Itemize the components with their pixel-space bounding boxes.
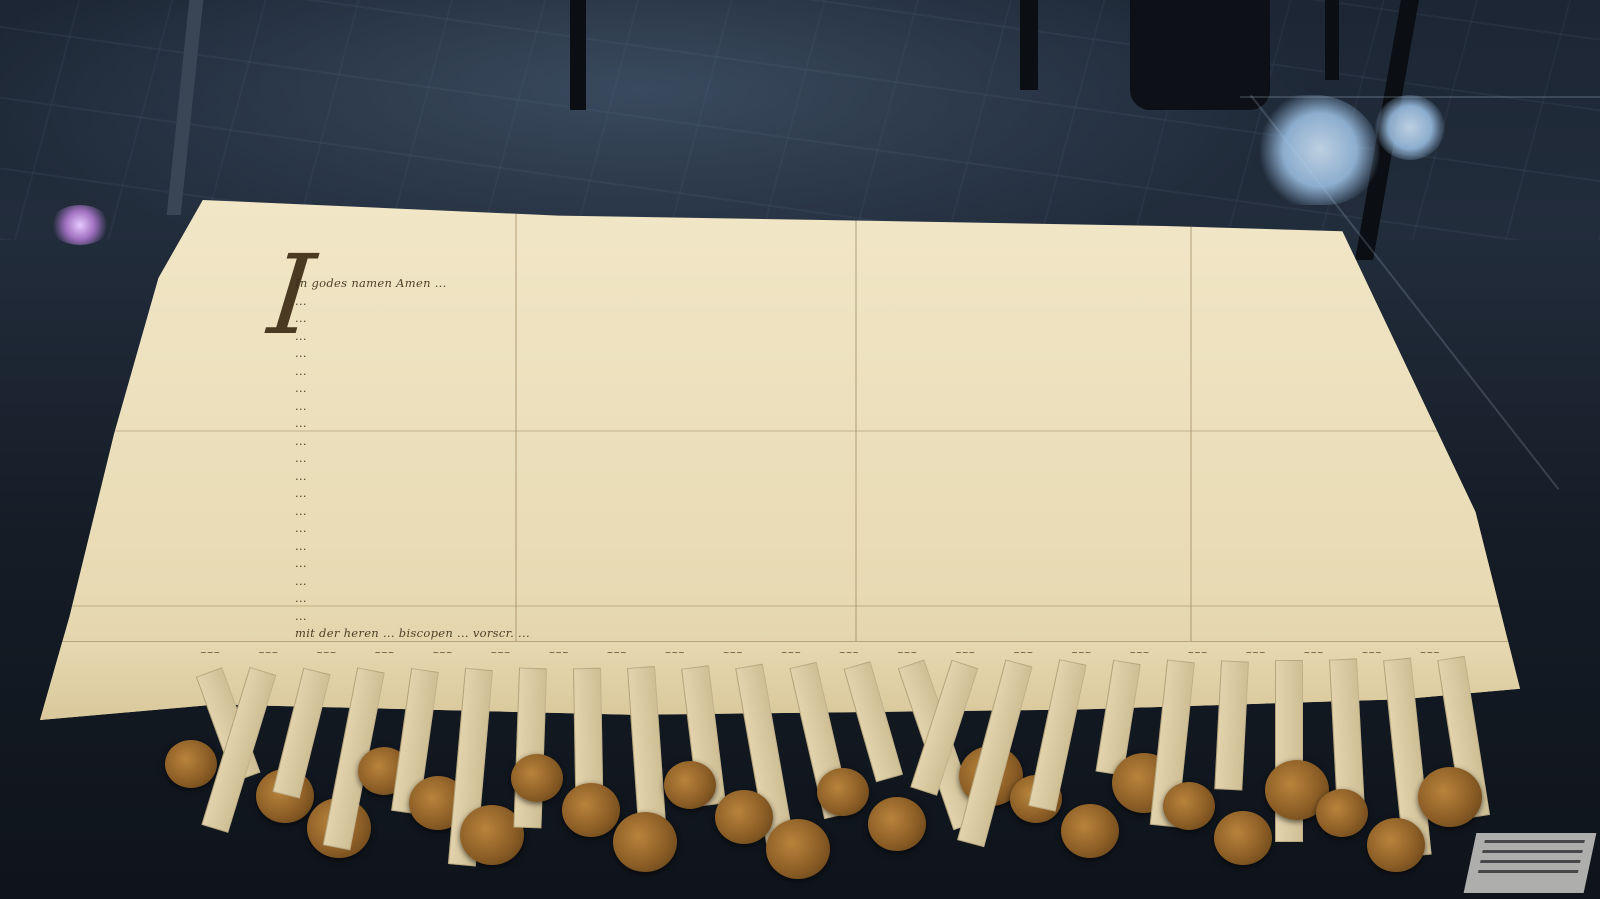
plica-turn-up: ~~~~~~~~~~~~~~~~~~~~~~~~~~~~~~~~~~~~~~~~… [40,641,1520,720]
sealer-name: ~~~ [548,648,568,678]
text-line: ... [295,329,1445,347]
text-line: ... [295,574,1445,592]
window-reflection [1375,95,1445,160]
wax-seal [460,805,524,865]
sealer-names: ~~~~~~~~~~~~~~~~~~~~~~~~~~~~~~~~~~~~~~~~… [200,648,1440,678]
text-line: ... [295,294,1445,312]
sealer-name: ~~~ [897,648,917,678]
stand-leg [1020,0,1038,90]
wax-seal [1010,775,1062,823]
light-reflection [50,205,110,245]
text-line: ... [295,399,1445,417]
charter-text: In godes namen Amen ... ... ... ... ... … [295,276,1445,661]
wax-seal [613,812,677,872]
sealer-name: ~~~ [258,648,278,678]
wax-seal [1367,818,1425,872]
wax-seal [959,746,1023,806]
wax-seal [715,790,773,844]
text-line: ... [295,434,1445,452]
museum-label [1464,833,1597,893]
wax-seal [165,740,217,788]
wax-seal [1214,811,1272,865]
wax-seal [766,819,830,879]
text-line: ... [295,416,1445,434]
text-line: ... [295,311,1445,329]
wax-seal [664,761,716,809]
sealer-name: ~~~ [200,648,220,678]
text-line: ... [295,346,1445,364]
text-line: ... [295,556,1445,574]
wax-seal [1316,789,1368,837]
text-line: In godes namen Amen ... [295,276,1445,294]
wax-seal [358,747,410,795]
wax-seal [1418,767,1482,827]
wax-seal [562,783,620,837]
sealer-name: ~~~ [1013,648,1033,678]
sealer-name: ~~~ [432,648,452,678]
text-line: ... [295,609,1445,627]
wax-seal [409,776,467,830]
text-line: ... [295,451,1445,469]
photo-scene: I In godes namen Amen ... ... ... ... ..… [0,0,1600,899]
sealer-name: ~~~ [1187,648,1207,678]
wax-seal [256,769,314,823]
pillar-base [1130,0,1270,110]
sealer-name: ~~~ [374,648,394,678]
text-line: ... [295,486,1445,504]
sealer-name: ~~~ [1420,648,1440,678]
sealer-name: ~~~ [1071,648,1091,678]
sealer-name: ~~~ [1303,648,1323,678]
sealer-name: ~~~ [955,648,975,678]
wax-seal [1061,804,1119,858]
text-line: ... [295,504,1445,522]
sealer-name: ~~~ [490,648,510,678]
wax-seal [868,797,926,851]
wax-seal [307,798,371,858]
wax-seal [1112,753,1176,813]
wax-seal [1163,782,1215,830]
sealer-name: ~~~ [839,648,859,678]
sealer-name: ~~~ [607,648,627,678]
stand-leg [1325,0,1339,80]
sealer-name: ~~~ [665,648,685,678]
sealer-name: ~~~ [781,648,801,678]
wax-seal [1265,760,1329,820]
sealer-name: ~~~ [1245,648,1265,678]
text-line: ... [295,469,1445,487]
text-line: ... [295,364,1445,382]
sealer-name: ~~~ [1129,648,1149,678]
text-line: ... [295,521,1445,539]
sealer-name: ~~~ [723,648,743,678]
parchment-charter: I In godes namen Amen ... ... ... ... ..… [40,200,1520,720]
text-line: ... [295,539,1445,557]
text-line: ... [295,591,1445,609]
sealer-name: ~~~ [1362,648,1382,678]
sealer-name: ~~~ [316,648,336,678]
wax-seal [511,754,563,802]
text-line: ... [295,381,1445,399]
stand-leg [570,0,586,110]
wax-seal [817,768,869,816]
